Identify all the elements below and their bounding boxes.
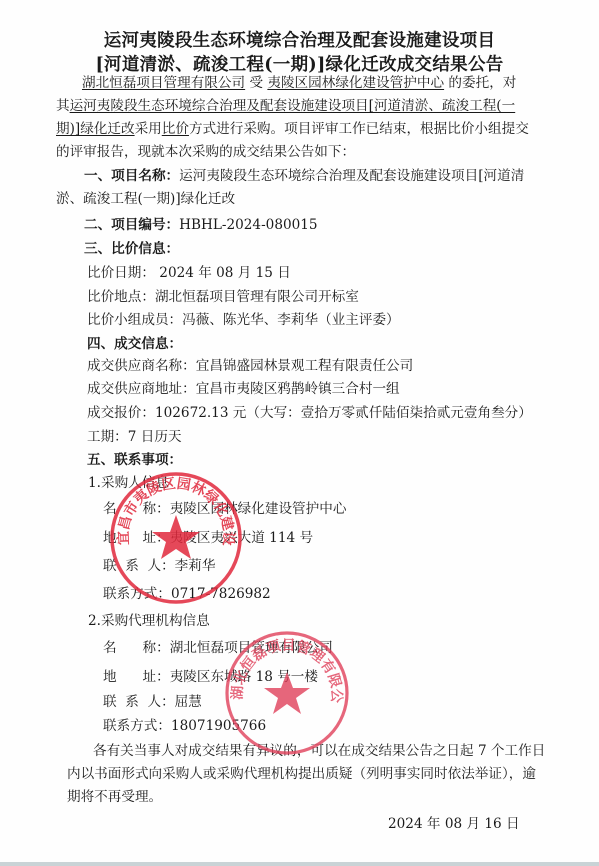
signature-date: 2024 年 08 月 16 日 [388, 815, 520, 833]
agency-name: 湖北恒磊项目管理有限公司 [82, 75, 245, 91]
agency-phone-row: 联系方式：18071905766 [103, 717, 266, 735]
notice-line-3: 期将不再受理。 [67, 788, 162, 806]
supplier-address: 成交供应商地址：宜昌市夷陵区鸦鹊岭镇三合村一组 [87, 380, 400, 398]
purchaser-name: 夷陵区园林绿化建设管护中心 [267, 75, 444, 91]
supplier-name: 成交供应商名称：宜昌锦盛园林景观工程有限责任公司 [87, 357, 413, 375]
agency-address-row: 地 址：夷陵区东城路 18 号一楼 [103, 668, 318, 686]
intro-line-3: 期)]绿化迁改采用比价方式进行采购。项目评审工作已结束，根据比价小组提交 [56, 120, 529, 138]
section-5-label: 五、联系事项： [87, 451, 182, 469]
section-3-label: 三、比价信息： [84, 240, 179, 258]
purchaser-name-row: 名 称：夷陵区园林绿化建设管护中心 [103, 500, 346, 518]
section-1: 一、项目名称：运河夷陵段生态环境综合治理及配套设施建设项目[河道清 [84, 167, 524, 185]
agency-heading: 2.采购代理机构信息 [88, 612, 210, 630]
intro-line-4: 的评审报告，现就本次采购的成交结果公告如下： [56, 143, 355, 161]
title-line-2: [河道清淤、疏浚工程(一期)]绿化迁改成交结果公告 [0, 51, 599, 76]
procurement-method: 比价 [162, 121, 189, 137]
agency-contact-row: 联 系 人：屈慧 [103, 693, 202, 711]
agency-name-row: 名 称：湖北恒磊项目管理有限公司 [103, 639, 333, 657]
intro-line-2: 其运河夷陵段生态环境综合治理及配套设施建设项目[河道清淤、疏浚工程(一 [56, 97, 515, 115]
compare-members: 比价小组成员：冯薇、陈光华、李莉华（业主评委） [87, 311, 400, 329]
purchaser-address-row: 地 址：夷陵区夷兴大道 114 号 [103, 529, 313, 547]
title-line-1: 运河夷陵段生态环境综合治理及配套设施建设项目 [0, 27, 599, 52]
notice-line-1: 各有关当事人对成交结果有异议的，可以在成交结果公告之日起 7 个工作日 [93, 742, 545, 760]
purchaser-contact-row: 联 系 人：李莉华 [103, 557, 215, 575]
intro-line-1: 湖北恒磊项目管理有限公司 受 夷陵区园林绿化建设管护中心 的委托，对 [82, 74, 516, 92]
deal-price: 成交报价：102672.13 元（大写：壹拾万零贰仟陆佰柒拾贰元壹角叁分） [87, 404, 532, 422]
purchaser-phone-row: 联系方式：0717-7826982 [103, 585, 271, 603]
section-4-label: 四、成交信息： [87, 335, 182, 353]
compare-place: 比价地点：湖北恒磊项目管理有限公司开标室 [87, 288, 359, 306]
notice-line-2: 内以书面形式向采购人或采购代理机构提出质疑（列明事实同时依法举证），逾 [67, 765, 536, 783]
section-1-label: 一、项目名称： [84, 168, 179, 184]
section-2-label: 二、项目编号： [84, 217, 179, 233]
work-period: 工期：7 日历天 [87, 428, 182, 446]
purchaser-heading: 1.采购人信息 [88, 474, 169, 492]
bottom-border [0, 862, 599, 866]
project-number: HBHL-2024-080015 [179, 217, 317, 233]
section-2: 二、项目编号：HBHL-2024-080015 [84, 216, 318, 234]
document-page: 运河夷陵段生态环境综合治理及配套设施建设项目 [河道清淤、疏浚工程(一期)]绿化… [0, 0, 599, 862]
project-name-link: 运河夷陵段生态环境综合治理及配套设施建设项目[河道清淤、疏浚工程(一 [70, 98, 516, 114]
compare-date: 比价日期： 2024 年 08 月 15 日 [87, 264, 291, 282]
section-1-cont: 淤、疏浚工程(一期)]绿化迁改 [56, 190, 235, 208]
